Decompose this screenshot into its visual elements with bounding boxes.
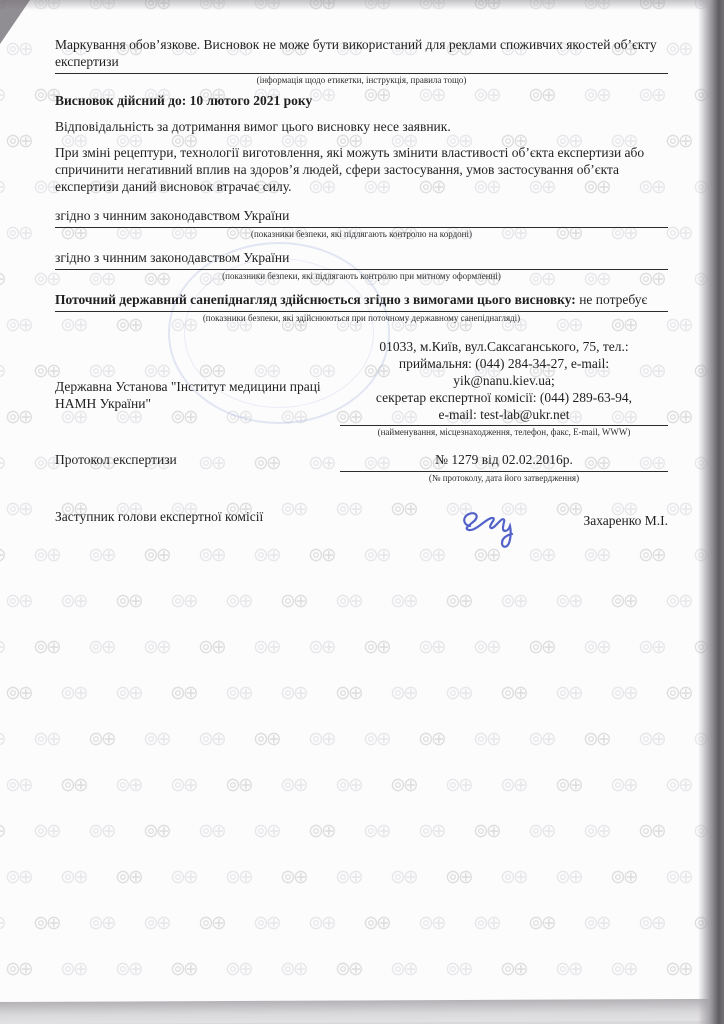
- scanned-document-page: ⊚⊕⊚⊕⊚⊕⊚⊕⊚⊕⊚⊕⊚⊕⊚⊕⊚⊕⊚⊕⊚⊕⊚⊕⊚⊕⊚⊕⊚⊕⊚⊕⊚⊕⊚⊕⊚⊕⊚⊕…: [0, 0, 710, 1006]
- contact-line: 01033, м.Київ, вул.Саксаганського, 75, т…: [340, 338, 668, 355]
- border-control-value: згідно з чинним законодавством України: [55, 207, 668, 228]
- customs-control-value: згідно з чинним законодавством України: [55, 249, 668, 270]
- institution-contacts-block: Державна Установа "Інститут медицини пра…: [55, 338, 668, 438]
- valid-until-line: Висновок дійсний до: 10 лютого 2021 року: [55, 92, 668, 109]
- sanepid-label: Поточний державний санепіднагляд здійсню…: [55, 292, 576, 307]
- sanepid-caption: (показники безпеки, які здійснюються при…: [55, 313, 668, 324]
- signatory-name: Захаренко М.І.: [583, 512, 668, 529]
- signatory-label: Заступник голови експертної комісії: [55, 508, 263, 525]
- contact-line: e-mail: test-lab@ukr.net: [340, 406, 668, 423]
- responsibility-line: Відповідальність за дотримання вимог цьо…: [55, 118, 668, 135]
- protocol-row: Протокол експертизи № 1279 від 02.02.201…: [55, 451, 668, 484]
- sanepid-value: не потребує: [576, 292, 647, 307]
- border-control-field: згідно з чинним законодавством України (…: [55, 207, 668, 240]
- contact-line: yik@nanu.kiev.ua;: [340, 372, 668, 389]
- signature-row: Заступник голови експертної комісії Заха…: [55, 508, 668, 529]
- contact-line: секретар експертної комісії: (044) 289-6…: [340, 389, 668, 406]
- marking-caption: (інформація щодо етикетки, інструкція, п…: [55, 75, 668, 86]
- contacts-lines: 01033, м.Київ, вул.Саксаганського, 75, т…: [340, 338, 668, 426]
- protocol-caption: (№ протоколу, дата його затвердження): [340, 473, 668, 484]
- document-content: Маркування обов’язкове. Висновок не може…: [55, 36, 668, 529]
- marking-text: Маркування обов’язкове. Висновок не може…: [55, 36, 668, 74]
- customs-control-field: згідно з чинним законодавством України (…: [55, 249, 668, 282]
- contacts-caption: (найменування, місцезнаходження, телефон…: [340, 427, 668, 438]
- border-control-caption: (показники безпеки, які підлягають контр…: [55, 229, 668, 240]
- customs-control-caption: (показники безпеки, які підлягають контр…: [55, 271, 668, 282]
- sanepid-line: Поточний державний санепіднагляд здійсню…: [55, 291, 668, 312]
- institution-name: Державна Установа "Інститут медицини пра…: [55, 378, 335, 438]
- marking-field: Маркування обов’язкове. Висновок не може…: [55, 36, 668, 86]
- contact-line: приймальня: (044) 284-34-27, e-mail:: [340, 355, 668, 372]
- change-clause: При зміні рецептури, технології виготовл…: [55, 144, 668, 195]
- protocol-value: № 1279 від 02.02.2016р.: [340, 451, 668, 472]
- protocol-label: Протокол експертизи: [55, 451, 335, 484]
- contacts-block: 01033, м.Київ, вул.Саксаганського, 75, т…: [340, 338, 668, 438]
- sanepid-field: Поточний державний санепіднагляд здійсню…: [55, 291, 668, 324]
- protocol-field: № 1279 від 02.02.2016р. (№ протоколу, да…: [340, 451, 668, 484]
- handwritten-signature: [460, 496, 538, 554]
